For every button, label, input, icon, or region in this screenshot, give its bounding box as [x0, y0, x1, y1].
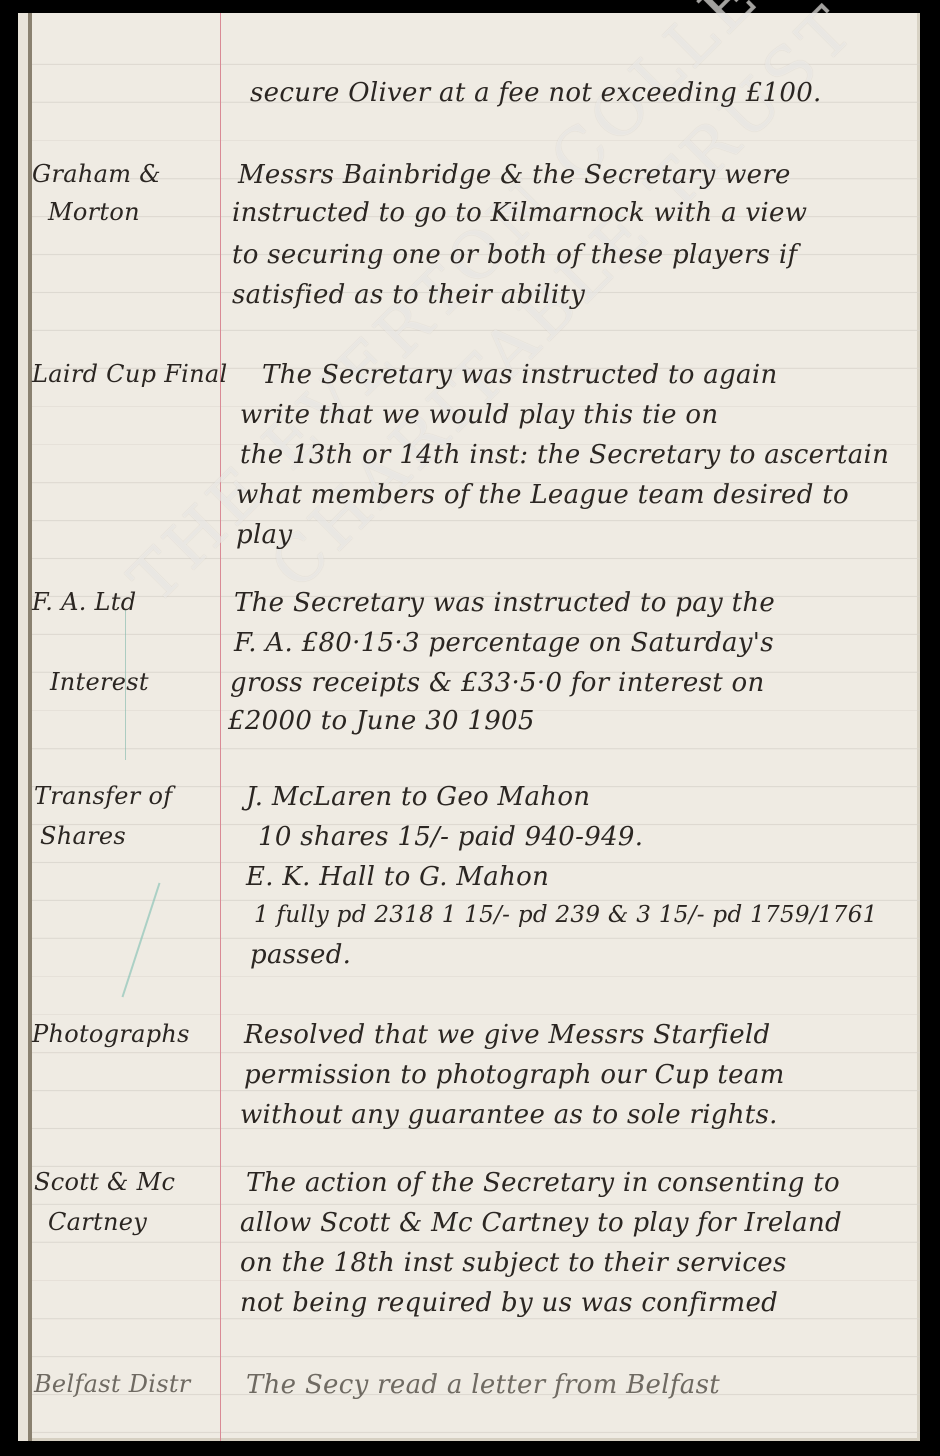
entry-line: what members of the League team desired …: [236, 480, 849, 510]
entry-line: write that we would play this tie on: [240, 400, 718, 430]
entry-label: Shares: [40, 822, 126, 850]
entry-line: Messrs Bainbridge & the Secretary were: [238, 160, 791, 190]
entry-label: Photographs: [32, 1020, 190, 1048]
entry-label: Laird Cup Final: [32, 360, 227, 388]
entry-line: permission to photograph our Cup team: [244, 1060, 785, 1090]
entry-line: 1 fully pd 2318 1 15/- pd 239 & 3 15/- p…: [254, 902, 878, 928]
page-edge: [18, 13, 28, 1441]
entry-line: F. A. £80·15·3 percentage on Saturday's: [234, 628, 774, 658]
entry-line: instructed to go to Kilmarnock with a vi…: [232, 198, 807, 228]
entry-label: Interest: [50, 668, 149, 696]
entry-label: Graham &: [32, 160, 161, 188]
entry-line: allow Scott & Mc Cartney to play for Ire…: [240, 1208, 842, 1238]
entry-line: passed.: [250, 940, 351, 970]
entry-line: The Secretary was instructed to again: [262, 360, 778, 390]
entry-label: Cartney: [48, 1208, 147, 1236]
entry-line: 10 shares 15/- paid 940-949.: [258, 822, 643, 852]
entry-line: gross receipts & £33·5·0 for interest on: [230, 668, 765, 698]
entry-line: on the 18th inst subject to their servic…: [240, 1248, 787, 1278]
entry-line: The action of the Secretary in consentin…: [246, 1168, 840, 1198]
entry-line: Resolved that we give Messrs Starfield: [244, 1020, 770, 1050]
entry-line: to securing one or both of these players…: [232, 240, 797, 270]
entry-label: F. A. Ltd: [32, 588, 136, 616]
entry-label: Belfast Distr: [34, 1370, 191, 1398]
entry-line: secure Oliver at a fee not exceeding £10…: [250, 78, 822, 108]
entry-line: J. McLaren to Geo Mahon: [246, 782, 590, 812]
entry-label: Morton: [48, 198, 140, 226]
entry-line: The Secy read a letter from Belfast: [246, 1370, 720, 1400]
entry-line: E. K. Hall to G. Mahon: [246, 862, 549, 892]
entry-line: The Secretary was instructed to pay the: [234, 588, 775, 618]
entry-line: satisfied as to their ability: [232, 280, 585, 310]
entry-line: the 13th or 14th inst: the Secretary to …: [240, 440, 889, 470]
entry-label: Transfer of: [34, 782, 172, 810]
entry-line: £2000 to June 30 1905: [228, 706, 535, 736]
entry-label: Scott & Mc: [34, 1168, 175, 1196]
red-margin-line: [220, 13, 221, 1441]
entry-line: without any guarantee as to sole rights.: [240, 1100, 778, 1130]
entry-line: not being required by us was confirmed: [240, 1288, 778, 1318]
entry-line: play: [236, 520, 292, 550]
